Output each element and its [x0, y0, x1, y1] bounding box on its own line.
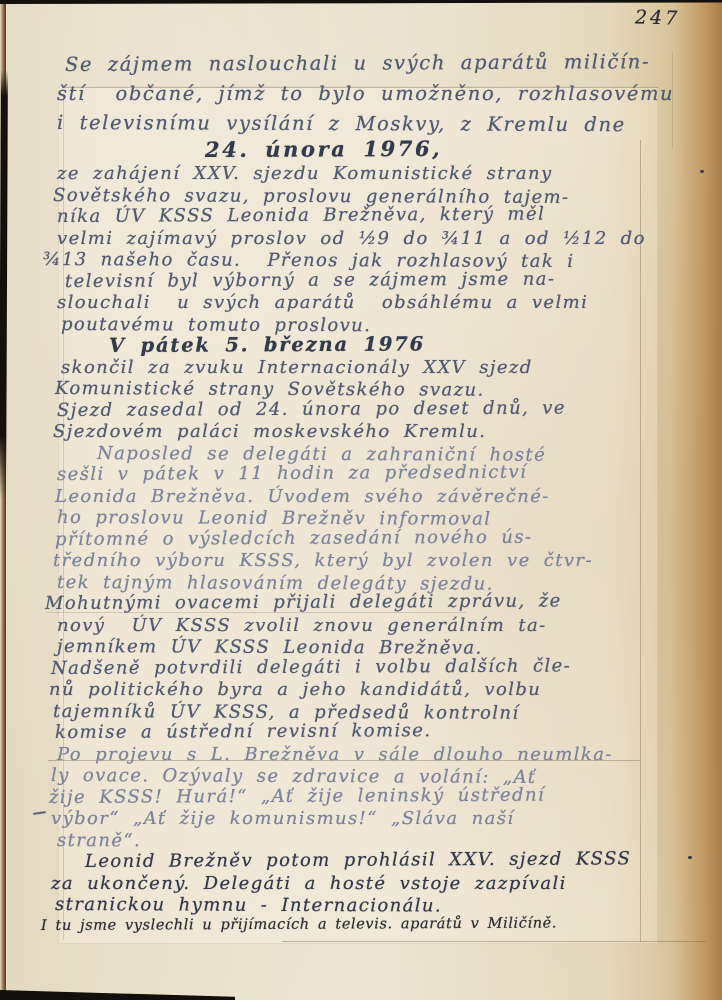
manuscript-line: 24. února 1976, [205, 135, 663, 163]
chronicle-page: 247 Se zájmem naslouchali u svých aparát… [0, 0, 722, 1000]
manuscript-line: sešli v pátek v 11 hodin za předsednictv… [57, 461, 663, 485]
manuscript-line: I tu jsme vyslechli u přijímacích a tele… [41, 912, 663, 936]
manuscript-line: Sjezd zasedal od 24. února po deset dnů,… [57, 397, 663, 421]
manuscript-line: V pátek 5. března 1976 [109, 332, 663, 356]
ink-speck [688, 856, 692, 859]
page-number: 247 [635, 6, 681, 29]
manuscript-line: Leonid Brežněv potom prohlásil XXV. sjez… [85, 848, 663, 872]
manuscript-line: slouchali u svých aparátů obsáhlému a ve… [57, 292, 663, 314]
photo-edge-left [0, 70, 8, 500]
manuscript-line: televisní byl výborný a se zájmem jsme n… [65, 268, 663, 292]
manuscript-line: tředního výboru KSSS, který byl zvolen v… [53, 550, 663, 572]
manuscript-line: ze zahájení XXV. sjezdu Komunistické str… [57, 163, 663, 185]
margin-dash-mark [33, 811, 46, 815]
manuscript-line: komise a ústřední revisní komise. [55, 719, 663, 743]
photo-edge-top [0, 0, 722, 4]
manuscript-line: níka ÚV KSSS Leonida Brežněva, který měl [57, 203, 663, 227]
ink-speck [700, 170, 704, 173]
manuscript-line: velmi zajímavý proslov od ½9 do ¾11 a od… [57, 228, 663, 250]
photo-edge-bottom-left [0, 990, 235, 1000]
manuscript-line: výbor“ „Ať žije komunismus!“ „Sláva naší [51, 808, 663, 830]
manuscript-line: Po projevu s L. Brežněva v sále dlouho n… [57, 744, 663, 766]
manuscript-line: ští občané, jímž to bylo umožněno, rozhl… [57, 79, 663, 108]
manuscript-line: Se zájmem naslouchali u svých aparátů mi… [65, 47, 663, 79]
manuscript-line: nový ÚV KSSS zvolil znovu generálním ta- [57, 615, 663, 637]
manuscript-line: nů politického byra a jeho kandidátů, vo… [49, 679, 663, 701]
manuscript-line: Nadšeně potvrdili delegáti i volbu další… [51, 655, 663, 679]
manuscript-line: žije KSSS! Hurá!“ „Ať žije leninský ústř… [49, 783, 663, 808]
manuscript-line: Sjezdovém paláci moskevského Kremlu. [53, 421, 663, 443]
manuscript-line: Leonida Brežněva. Úvodem svého závěrečné… [55, 486, 663, 508]
manuscript-line: za ukončený. Delegáti a hosté vstoje zaz… [51, 873, 663, 895]
manuscript-line: Mohutnými ovacemi přijali delegáti zpráv… [45, 590, 663, 615]
ruled-line-horizontal [282, 941, 706, 942]
manuscript-line: skončil za zvuku Internacionály XXV sjez… [61, 357, 663, 379]
manuscript-text: Se zájmem naslouchali u svých aparátů mi… [57, 50, 663, 937]
manuscript-line: přítomné o výsledcích zasedání nového ús… [55, 526, 663, 550]
